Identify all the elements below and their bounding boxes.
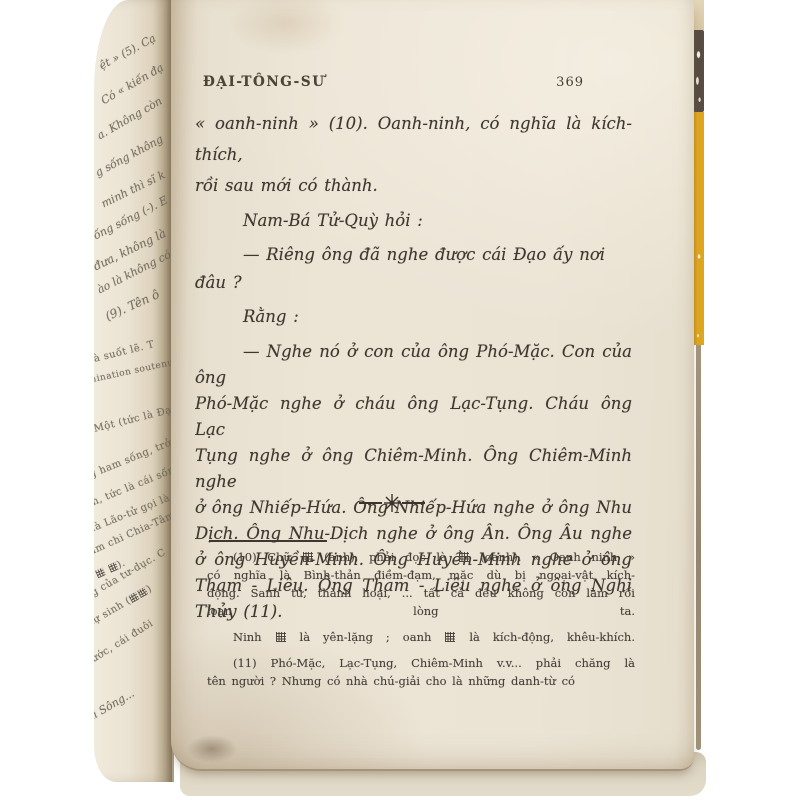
cjk-glyph xyxy=(303,552,313,562)
edge-paper-segment xyxy=(693,0,704,30)
previous-page-text-fragment: NAM-HOA xyxy=(94,0,126,24)
edge-yellow-segment xyxy=(693,112,704,345)
book-fore-edge xyxy=(693,0,704,769)
edge-thin-segment xyxy=(696,345,701,750)
paragraph: « oanh-ninh » (10). Oanh-ninh, có nghĩa … xyxy=(195,108,632,201)
previous-page-text-fragment: (9). Tên ô xyxy=(103,287,161,323)
body-line: Nam-Bá Tử-Quỳ hỏi : xyxy=(195,207,632,235)
previous-page-text-fragment: Một (tức là Đạo xyxy=(94,403,174,435)
footnote-line: tên người ? Nhưng có nhà chú-giải cho là… xyxy=(207,672,635,690)
footnote-separator xyxy=(209,540,327,542)
cjk-glyph xyxy=(276,632,286,642)
footnotes: (10) Chữ (anh), phải đọc là (oanh). « Oa… xyxy=(207,548,635,690)
footnote-line: (10) Chữ (anh), phải đọc là (oanh). « Oa… xyxy=(207,548,635,566)
footnote-line: Ninh là yên-lặng ; oanh là kích-động, kh… xyxy=(207,628,635,646)
previous-page-text-fragment: trước, cái đuôi xyxy=(94,618,155,670)
book-photo: NAM-HOAệt » (5). CạCó « kiến đạa. Không … xyxy=(0,0,800,800)
paragraph: — Riêng ông đã nghe được cái Đạo ấy nơi … xyxy=(195,241,632,297)
body-line: rồi sau mới có thành. xyxy=(195,170,632,201)
page-content: ĐẠI-TÔNG-SƯ 369 « oanh-ninh » (10). Oanh… xyxy=(195,0,632,769)
divider-star-icon xyxy=(355,492,429,514)
body-line: Rằng : xyxy=(195,303,632,331)
footnote-line: động. Sanh tử, thành hoại, ... tất cả đề… xyxy=(207,584,635,602)
paragraph: Nam-Bá Tử-Quỳ hỏi : xyxy=(195,207,632,235)
running-title: ĐẠI-TÔNG-SƯ xyxy=(203,74,326,90)
cjk-glyph xyxy=(95,568,106,579)
previous-page-text-fragment: à suốt lẽ. T xyxy=(94,339,156,365)
body-line: — Riêng ông đã nghe được cái Đạo ấy nơi … xyxy=(195,241,632,297)
page-header: ĐẠI-TÔNG-SƯ 369 xyxy=(203,74,632,90)
footnote-line: có nghĩa là Bình-thản điềm-đạm, mặc dù b… xyxy=(207,566,635,584)
previous-page-edge: NAM-HOAệt » (5). CạCó « kiến đạa. Không … xyxy=(94,0,174,782)
cjk-glyph xyxy=(137,587,148,598)
previous-page-text-fragment: ài Sông... xyxy=(94,687,137,724)
edge-dark-segment xyxy=(693,30,704,112)
body-line: Tụng nghe ở ông Chiêm-Minh. Ông Chiêm-Mi… xyxy=(195,443,632,495)
cjk-glyph xyxy=(108,562,119,573)
book-page: ĐẠI-TÔNG-SƯ 369 « oanh-ninh » (10). Oanh… xyxy=(171,0,694,771)
body-line: Phó-Mặc nghe ở cháu ông Lạc-Tụng. Cháu ô… xyxy=(195,391,632,443)
page-number: 369 xyxy=(556,75,584,90)
footnote-line: (11) Phó-Mặc, Lạc-Tụng, Chiêm-Minh v.v..… xyxy=(207,654,635,672)
body-line: — Nghe nó ở con của ông Phó-Mặc. Con của… xyxy=(195,339,632,391)
section-divider xyxy=(173,492,610,514)
paragraph: Rằng : xyxy=(195,303,632,331)
cjk-glyph xyxy=(459,552,469,562)
body-line: Dịch. Ông Nhu-Dịch nghe ở ông Ân. Ông Âu… xyxy=(195,521,632,547)
footnote-line: loạn lòng ta. xyxy=(207,602,635,620)
cjk-glyph xyxy=(445,632,455,642)
body-line: « oanh-ninh » (10). Oanh-ninh, có nghĩa … xyxy=(195,108,632,170)
